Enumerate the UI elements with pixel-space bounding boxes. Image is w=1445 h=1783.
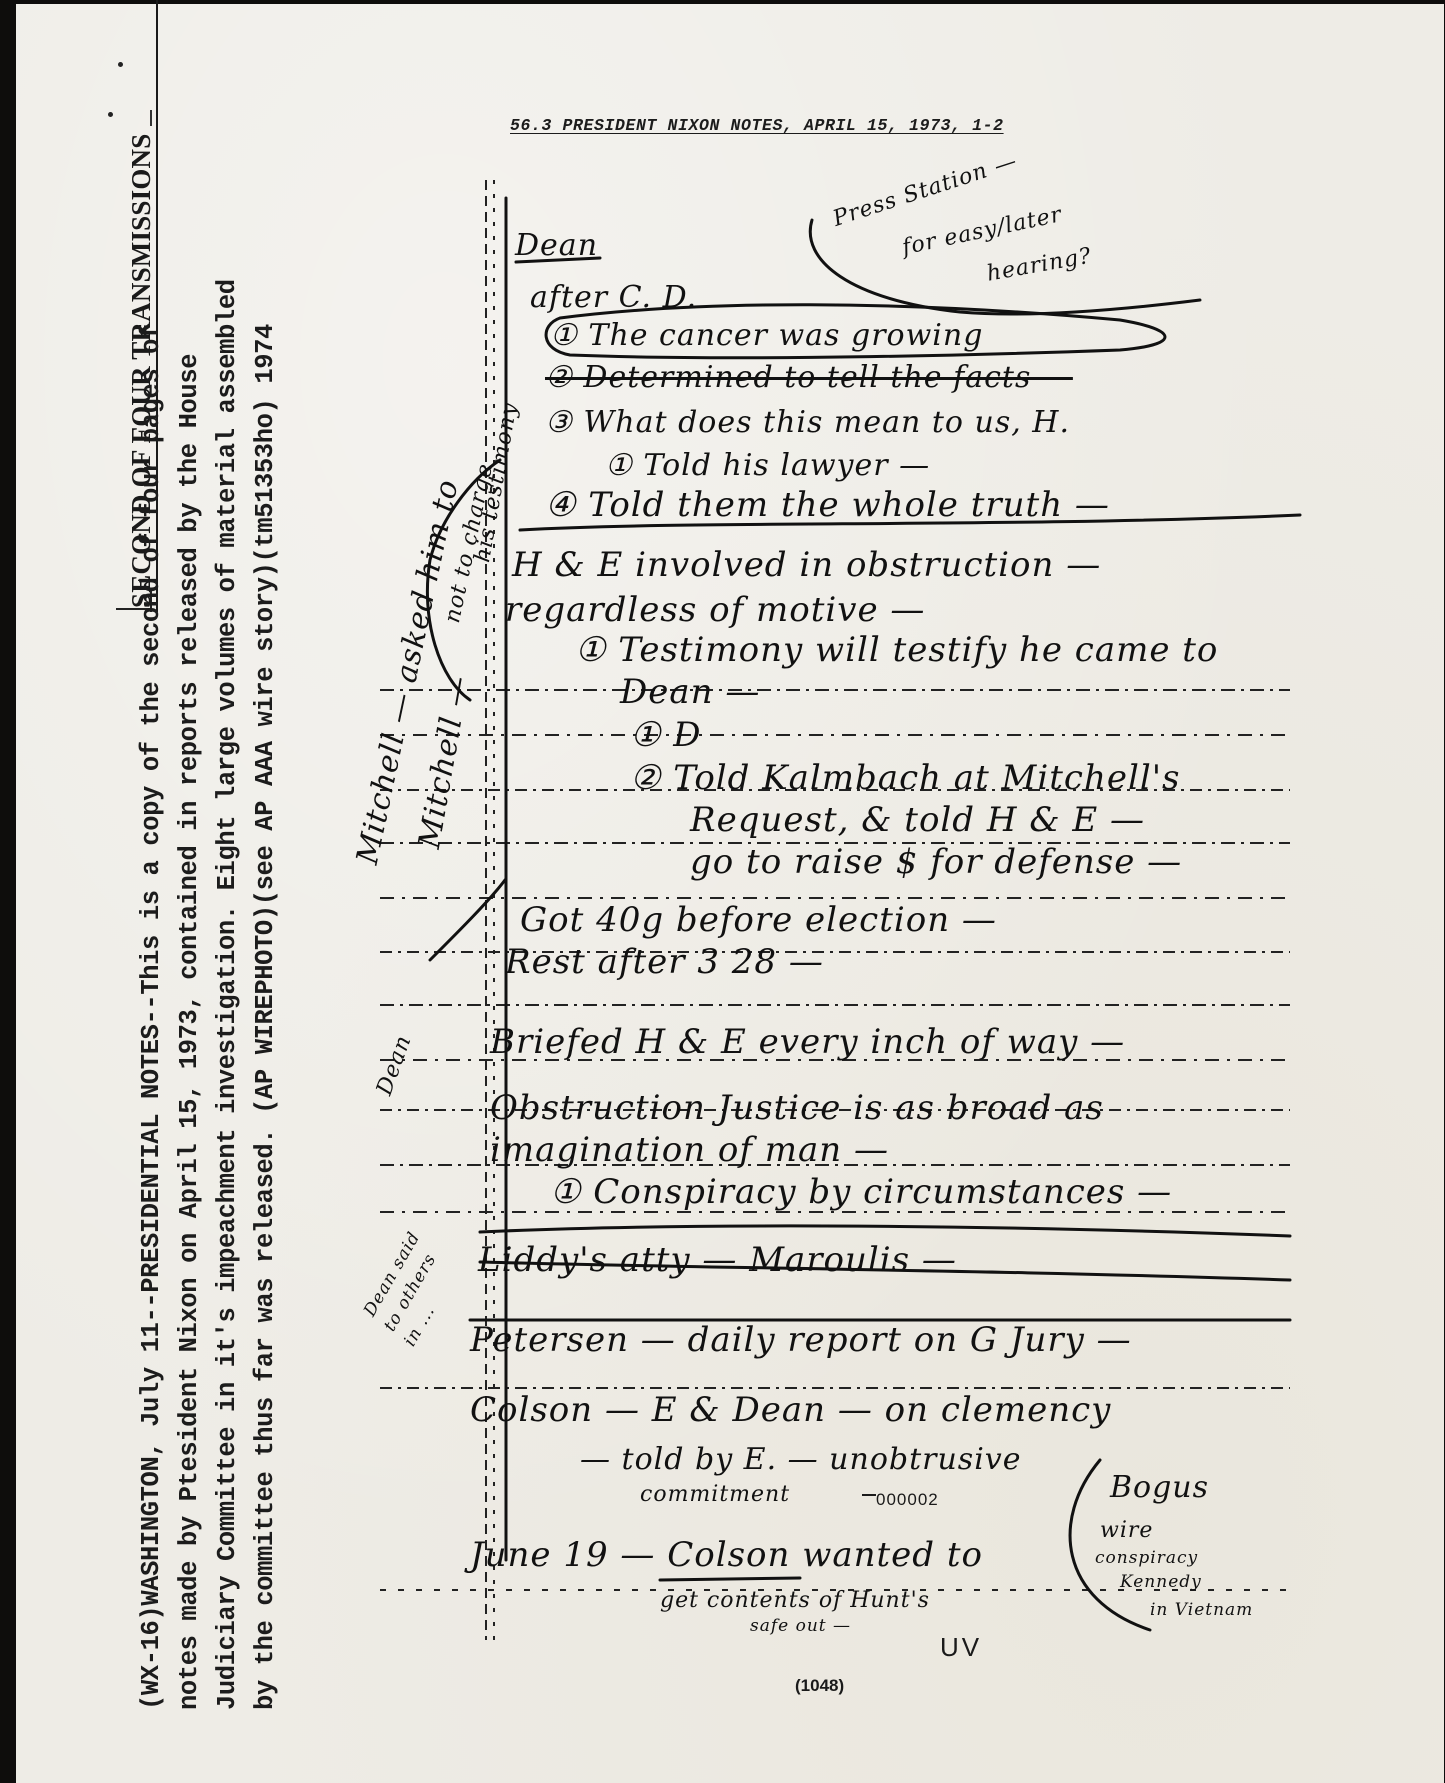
handwritten-line: — told by E. — unobtrusive (580, 1442, 1022, 1477)
handwritten-line: ① Testimony will testify he came to (575, 630, 1218, 670)
handwritten-line: June 19 — Colson wanted to (470, 1535, 983, 1575)
handwritten-line: ① D (630, 715, 702, 755)
caption-line: notes made by Ptesident Nixon on April 1… (171, 110, 209, 1710)
margin-note: Kennedy (1120, 1572, 1202, 1592)
margin-note: Bogus (1110, 1470, 1209, 1505)
handwritten-line: commitment (640, 1482, 790, 1507)
margin-note: conspiracy (1095, 1548, 1198, 1568)
margin-note: wire (1100, 1518, 1153, 1543)
handwritten-line: Liddy's atty — Maroulis — (478, 1240, 957, 1280)
handwritten-line: go to raise $ for defense — (690, 842, 1182, 882)
stamp-mark: UV (940, 1632, 982, 1663)
handwritten-item: ③ What does this mean to us, H. (545, 405, 1070, 440)
dust-mark (108, 112, 113, 117)
handwritten-line: H & E involved in obstruction — (512, 545, 1101, 585)
handwritten-line: get contents of Hunt's (660, 1588, 930, 1613)
handwritten-line: ② Told Kalmbach at Mitchell's (630, 758, 1181, 798)
handwritten-item: ② Determined to tell the facts — (545, 360, 1073, 395)
handwritten-line: Petersen — daily report on G Jury — (470, 1320, 1132, 1360)
handwritten-line: Colson — E & Dean — on clemency (470, 1390, 1111, 1430)
handwritten-item: ① Told his lawyer — (605, 448, 930, 483)
caption-text: (WX-16)WASHINGTON, July 11--PRESIDENTIAL… (133, 110, 285, 1710)
handwritten-line: ① Conspiracy by circumstances — (550, 1172, 1172, 1212)
caption-line: (WX-16)WASHINGTON, July 11--PRESIDENTIAL… (133, 110, 171, 1710)
handwritten-line: Briefed H & E every inch of way — (490, 1022, 1125, 1062)
handwritten-line: after C. D. (530, 280, 697, 315)
handwritten-line: Rest after 3 28 — (505, 942, 824, 982)
handwritten-line: Request, & told H & E — (690, 800, 1145, 840)
margin-note: in Vietnam (1150, 1600, 1253, 1620)
page-number: (1048) (795, 1676, 844, 1696)
handwritten-line: Got 40g before election — (520, 900, 997, 940)
dust-mark (118, 62, 123, 67)
bates-number: 000002 (876, 1490, 939, 1510)
caption-line: by the committee thus far was released. … (247, 110, 285, 1710)
handwritten-line: regardless of motive — (505, 590, 925, 630)
handwritten-line: Obstruction Justice is as broad as (490, 1088, 1104, 1128)
document-title: 56.3 PRESIDENT NIXON NOTES, APRIL 15, 19… (510, 116, 1004, 135)
handwritten-line: Dean — (620, 672, 760, 712)
handwritten-line: imagination of man — (490, 1130, 889, 1170)
handwritten-item: ④ Told them the whole truth — (545, 485, 1110, 525)
handwritten-line: safe out — (750, 1616, 851, 1636)
handwritten-heading: Dean (515, 228, 598, 263)
handwritten-item: ① The cancer was growing (550, 318, 983, 353)
caption-line: Judiciary Committee in it's impeachment … (209, 110, 247, 1710)
